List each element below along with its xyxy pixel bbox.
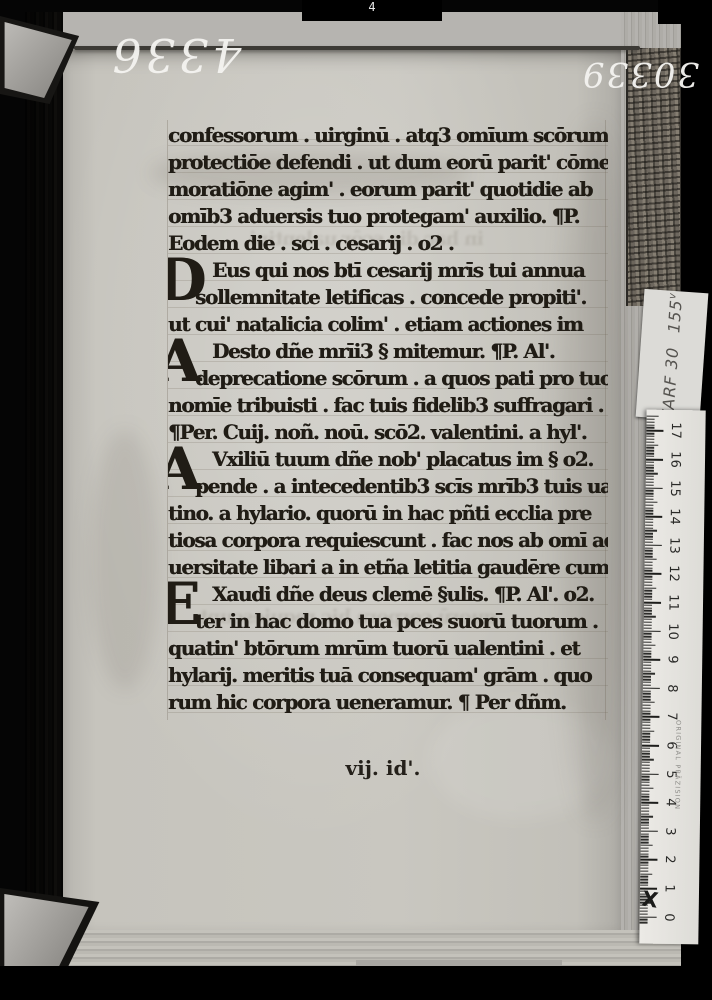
illuminated-initial: A (168, 333, 201, 389)
ruler-tick (645, 547, 653, 549)
manuscript-line: pende . a intecedentib3 scīs mrīb3 tuis … (168, 473, 608, 500)
inscription-top-left: 4336 (84, 12, 266, 98)
ruler-tick (645, 510, 653, 512)
ruler-brand-text: ORIGINAL PRÄZISION (673, 720, 682, 810)
ruler-tick (640, 913, 648, 915)
ruler-tick (641, 839, 649, 841)
ruler-tick (642, 773, 659, 775)
manuscript-text: ter in hac domo tua pces suorū tuorum . (195, 609, 598, 633)
ruler-tick (645, 556, 653, 558)
ruler-tick (641, 836, 649, 838)
ruler-tick (644, 627, 652, 629)
ruler-tick (642, 736, 650, 738)
ruler-tick (645, 519, 653, 521)
ruler-tick (641, 799, 649, 801)
manuscript-line: ¶Per. Cuij. noñ. noū. scō2. valentini. a… (168, 419, 608, 446)
ruler-tick (643, 653, 651, 655)
ruler-tick (641, 819, 649, 821)
ruler-tick (645, 533, 653, 535)
manuscript-line: Eodem die . sci . cesarij . o2 . (168, 230, 608, 257)
ruler-tick (646, 487, 663, 489)
ruler-number: 16 (667, 450, 682, 468)
ruler-tick (643, 684, 651, 686)
ruler-tick (642, 753, 650, 755)
ruler-tick (644, 639, 652, 641)
ruler-tick (644, 616, 656, 618)
ruler-tick (641, 813, 649, 815)
manuscript-line: sollemnitate letificas . concede propiti… (168, 284, 608, 311)
ruler-tick (640, 879, 648, 881)
ruler-number: 2 (662, 851, 677, 869)
ruler-tick (646, 473, 658, 475)
ruler-tick (641, 830, 658, 832)
manuscript-line: uersitate libari a in etña letitia gaudē… (168, 554, 608, 581)
ruler-tick (644, 587, 656, 589)
manuscript-text: Desto dñe mrīi3 § mitemur. ¶P. Al'. (212, 339, 554, 363)
ruler-tick (644, 593, 652, 595)
ruler-tick (645, 521, 653, 523)
manuscript-line: ter in hac domo tua pces suorū tuorum . (168, 608, 608, 635)
ruler-tick (644, 604, 652, 606)
manuscript-line: tiosa corpora requiescunt . fac nos ab o… (168, 527, 608, 554)
ruler-tick (641, 853, 649, 855)
ruler-number: 13 (666, 536, 681, 554)
ruler-tick (645, 550, 653, 552)
ruler-tick (645, 536, 653, 538)
ruler-tick (641, 827, 649, 829)
ruler-tick (643, 710, 651, 712)
ruler-tick (644, 581, 652, 583)
ruler-number: 1 (661, 879, 676, 897)
film-frame-number: 4 (368, 0, 375, 15)
ruler-tick (646, 456, 654, 458)
film-frame-notch: 4 (302, 0, 442, 21)
ruler-tick (643, 702, 655, 704)
shelfmark-collection: FARF 30 (658, 346, 682, 419)
inscription-top-right: 30339 (576, 34, 704, 114)
ruler-tick (646, 496, 654, 498)
ruler-tick (642, 742, 650, 744)
ruler-tick (642, 767, 650, 769)
ruler-tick (646, 436, 654, 438)
ruler-tick (647, 421, 655, 423)
ruler-tick (643, 690, 651, 692)
photo-frame: in hac die scōr ualentini quorū corpora … (0, 0, 712, 1000)
ruler-tick (642, 779, 650, 781)
illuminated-initial: E (168, 576, 200, 632)
ruler-tick (642, 730, 654, 732)
ruler-tick (646, 433, 654, 435)
ruler-tick (640, 870, 648, 872)
ruler-tick (643, 664, 651, 666)
manuscript-line: ut cui' natalicia colim' . etiam actione… (168, 311, 608, 338)
manuscript-colophon: vij. id'. (298, 756, 468, 780)
ruler-tick (641, 847, 649, 849)
ruler-tick (641, 825, 649, 827)
shelfmark-folio: 155v (664, 291, 686, 333)
ruler-tick (644, 599, 652, 601)
ruler-tick (640, 876, 648, 878)
ruler-tick (642, 747, 650, 749)
ruler-tick (641, 816, 653, 818)
ruler-tick (646, 467, 654, 469)
ruler-tick (646, 459, 663, 461)
ruler-tick (641, 802, 658, 804)
background-bottom (0, 966, 712, 1000)
ruler-tick (641, 787, 653, 789)
ruler-tick (644, 590, 652, 592)
ruler-tick (644, 570, 652, 572)
ruler-tick (641, 796, 649, 798)
ruler-tick (644, 624, 652, 626)
manuscript-text: rum hic corpora ueneramur. ¶ Per dñm. (168, 690, 566, 714)
ruler-tick (646, 430, 663, 432)
ruler-tick (641, 790, 649, 792)
ruler-tick (646, 479, 654, 481)
ruler-tick (646, 464, 654, 466)
ruler-tick (642, 724, 650, 726)
ruler-tick (642, 739, 650, 741)
ruler-tick (644, 610, 652, 612)
ruler-tick (641, 807, 649, 809)
ruler-tick (643, 670, 651, 672)
ruler-tick (644, 621, 652, 623)
manuscript-text: deprecatione scōrum . a quos pati pro tu… (195, 366, 608, 390)
ruler-tick (644, 636, 652, 638)
manuscript-text: omīb3 aduersis tuo protegam' auxilio. ¶P… (168, 204, 579, 228)
ruler-tick (643, 676, 651, 678)
ruler-tick (643, 707, 651, 709)
ruler-tick (641, 805, 649, 807)
ruler-tick (643, 673, 655, 675)
manuscript-line: omīb3 aduersis tuo protegam' auxilio. ¶P… (168, 203, 608, 230)
ruler-tick (645, 501, 657, 503)
manuscript-lines: confessorum . uirginū . atq3 omīum scōru… (168, 122, 608, 722)
ruler-tick (647, 416, 659, 418)
photographic-ruler: 17161514131211109876543210 X ORIGINAL PR… (639, 410, 705, 945)
manuscript-text: Xaudi dñe deus clemē §ulis. ¶P. Al'. o2. (212, 582, 594, 606)
ruler-tick (644, 607, 652, 609)
ruler-tick (646, 450, 654, 452)
ruler-number: 15 (667, 479, 682, 497)
ruler-tick (647, 424, 655, 426)
ruler-tick (643, 659, 660, 661)
manuscript-text: Eus qui nos btī cesarij mrīs tui annua (212, 258, 584, 282)
manuscript-line: rum hic corpora ueneramur. ¶ Per dñm. (168, 689, 608, 716)
ruler-tick (640, 862, 648, 864)
ruler-tick (645, 499, 653, 501)
manuscript-text: ut cui' natalicia colim' . etiam actione… (168, 312, 583, 336)
ruler-tick (643, 696, 651, 698)
ruler-number: 3 (662, 822, 677, 840)
ruler-tick (640, 916, 657, 918)
ruler-number: 14 (667, 507, 682, 525)
ruler-tick (642, 733, 650, 735)
ruler-tick (643, 682, 651, 684)
ruler-tick (641, 785, 649, 787)
manuscript-line: moratiōne agim' . eorum parit' quotidie … (168, 176, 608, 203)
book-spine-left (25, 12, 63, 962)
ruler-number: 8 (664, 679, 679, 697)
ruler-tick (641, 810, 649, 812)
ruler-tick (640, 882, 648, 884)
ruler-tick (643, 704, 651, 706)
manuscript-text: Eodem die . sci . cesarij . o2 . (168, 231, 454, 255)
manuscript-text: uersitate libari a in etña letitia gaudē… (168, 555, 608, 579)
manuscript-line: AVxiliū tuum dñe nob' placatus im § o2. (168, 446, 608, 473)
manuscript-text: tiosa corpora requiescunt . fac nos ab o… (168, 528, 608, 552)
ruler-tick (645, 527, 653, 529)
illuminated-initial: D (168, 252, 206, 308)
ruler-tick (646, 490, 654, 492)
manuscript-text: confessorum . uirginū . atq3 omīum scōru… (168, 123, 608, 147)
ruler-tick (645, 504, 653, 506)
ruler-tick (643, 647, 651, 649)
ruler-tick (645, 553, 653, 555)
ruler-tick (642, 759, 654, 761)
manuscript-line: protectiōe defendi . ut dum eorū parit' … (168, 149, 608, 176)
ruler-tick (644, 576, 652, 578)
ruler-number: 17 (668, 422, 683, 440)
ruler-tick (641, 850, 649, 852)
ruler-tick (643, 687, 660, 689)
ruler-tick (644, 630, 661, 632)
ruler-tick (645, 559, 657, 561)
ruler-tick (643, 650, 651, 652)
ruler-tick (641, 793, 649, 795)
manuscript-text: protectiōe defendi . ut dum eorū parit' … (168, 150, 608, 174)
ruler-tick (641, 842, 649, 844)
ruler-tick (640, 865, 648, 867)
manuscript-line: hylarij. meritis tuā consequam' grām . q… (168, 662, 608, 689)
ruler-tick (640, 859, 657, 861)
ruler-tick (646, 447, 654, 449)
manuscript-line: ADesto dñe mrīi3 § mitemur. ¶P. Al'. (168, 338, 608, 365)
ruler-tick (646, 461, 654, 463)
ruler-tick (645, 561, 653, 563)
ruler-tick (645, 541, 653, 543)
ruler-tick (643, 662, 651, 664)
ruler-tick (642, 719, 650, 721)
ruler-tick (642, 750, 650, 752)
ruler-tick (645, 524, 653, 526)
ruler-tick (645, 513, 653, 515)
ruler-number: 9 (665, 650, 680, 668)
manuscript-line: quatin' btōrum mrūm tuorū ualentini . et (168, 635, 608, 662)
ruler-tick (644, 613, 652, 615)
ruler-tick (646, 493, 654, 495)
ruler-tick (646, 427, 654, 429)
ruler-tick (646, 453, 654, 455)
ruler-tick (642, 756, 650, 758)
ruler-tick (645, 539, 653, 541)
ruler-tick (641, 845, 653, 847)
ruler-tick (643, 644, 655, 646)
ruler-tick (644, 584, 652, 586)
ruler-tick (646, 481, 654, 483)
ruler-tick (640, 873, 652, 875)
ruler-tick (644, 573, 661, 575)
manuscript-text: hylarij. meritis tuā consequam' grām . q… (168, 663, 591, 687)
ruler-tick (643, 656, 651, 658)
ruler-tick (642, 722, 650, 724)
ruler-tick (642, 716, 659, 718)
ruler-tick (646, 438, 654, 440)
shelfmark-label: FARF 30 155v (636, 289, 709, 421)
ruler-tick (641, 833, 649, 835)
ruler-tick (642, 762, 650, 764)
manuscript-text: pende . a intecedentib3 scīs mrīb3 tuis … (195, 474, 608, 498)
ruler-tick (647, 418, 655, 420)
manuscript-text: tino. a hylario. quorū in hac pñti eccli… (168, 501, 591, 525)
illuminated-initial: A (168, 441, 201, 497)
ruler-number: 0 (661, 908, 676, 926)
ruler-tick (646, 470, 654, 472)
ruler-tick (646, 441, 654, 443)
ruler-tick (645, 564, 653, 566)
parchment-stain (90, 430, 160, 690)
ruler-tick (645, 567, 653, 569)
ruler-tick (640, 856, 648, 858)
ruler-tick (643, 693, 651, 695)
ruler-tick (643, 667, 651, 669)
ruler-tick (645, 516, 662, 518)
ruler-ticks: 17161514131211109876543210 (647, 410, 706, 411)
ruler-tick (644, 633, 652, 635)
ruler-tick (645, 530, 657, 532)
manuscript-text: moratiōne agim' . eorum parit' quotidie … (168, 177, 592, 201)
manuscript-text: quatin' btōrum mrūm tuorū ualentini . et (168, 636, 579, 660)
ruler-number: 11 (665, 593, 680, 611)
ruler-tick (640, 867, 648, 869)
ruler-tick (641, 822, 649, 824)
manuscript-line: deprecatione scōrum . a quos pati pro tu… (168, 365, 608, 392)
ruler-tick (644, 596, 652, 598)
ruler-tick (642, 782, 650, 784)
ruler-tick (645, 507, 653, 509)
ruler-tick (642, 776, 650, 778)
ruler-tick (646, 484, 654, 486)
ruler-tick (642, 713, 650, 715)
ruler-tick (642, 770, 650, 772)
ruler-tick (644, 601, 661, 603)
ruler-tick (646, 476, 654, 478)
ruler-tick (642, 727, 650, 729)
ruler-handwritten-x: X (640, 887, 660, 913)
ruler-tick (640, 919, 648, 921)
ruler-tick (644, 579, 652, 581)
manuscript-text: ¶Per. Cuij. noñ. noū. scō2. valentini. a… (168, 420, 586, 444)
ruler-tick (640, 922, 648, 924)
ruler-tick (642, 744, 659, 746)
manuscript-line: confessorum . uirginū . atq3 omīum scōru… (168, 122, 608, 149)
ruler-tick (642, 764, 650, 766)
ruler-tick (646, 444, 658, 446)
ruler-tick (644, 619, 652, 621)
ruler-tick (643, 642, 651, 644)
manuscript-text: nomīe tribuisti . fac tuis fidelib3 suff… (168, 393, 603, 417)
ruler-tick (643, 699, 651, 701)
ruler-number: 10 (665, 622, 680, 640)
ruler-number: 12 (666, 565, 681, 583)
manuscript-line: DEus qui nos btī cesarij mrīs tui annua (168, 257, 608, 284)
manuscript-line: EXaudi dñe deus clemē §ulis. ¶P. Al'. o2… (168, 581, 608, 608)
manuscript-line: tino. a hylario. quorū in hac pñti eccli… (168, 500, 608, 527)
shelfmark-text: FARF 30 155v (658, 291, 686, 418)
manuscript-text: Vxiliū tuum dñe nob' placatus im § o2. (212, 447, 593, 471)
ruler-tick (643, 679, 651, 681)
manuscript-text: sollemnitate letificas . concede propiti… (195, 285, 586, 309)
ruler-tick (645, 544, 662, 546)
manuscript-line: nomīe tribuisti . fac tuis fidelib3 suff… (168, 392, 608, 419)
